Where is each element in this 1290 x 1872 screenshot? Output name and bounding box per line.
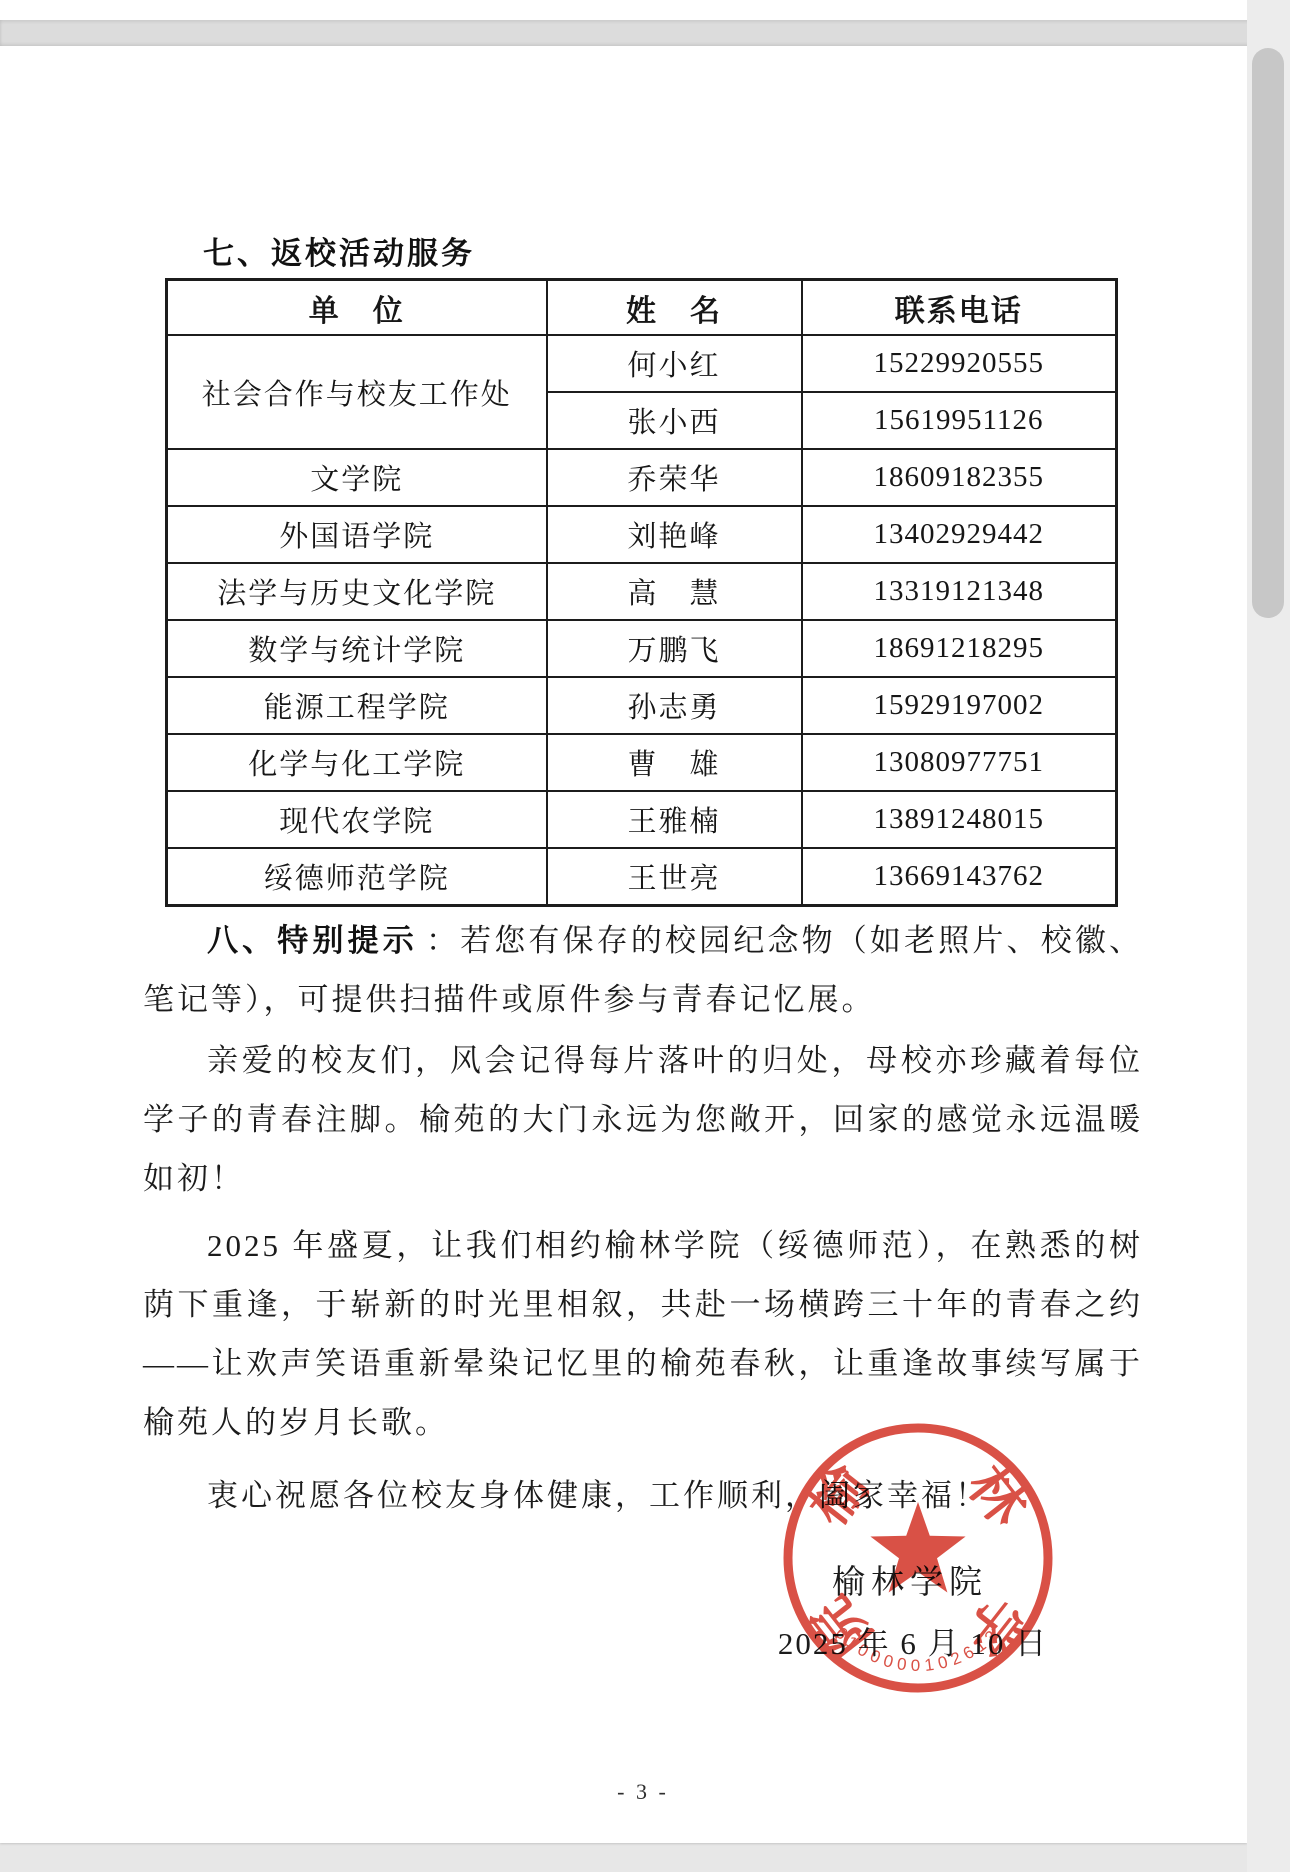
cell-phone: 18691218295 bbox=[802, 620, 1117, 677]
paragraph-dear-alumni: 亲爱的校友们，风会记得每片落叶的归处，母校亦珍藏着每位学子的青春注脚。榆苑的大门… bbox=[143, 1031, 1143, 1208]
table-row: 外国语学院 刘艳峰 13402929442 bbox=[167, 506, 1117, 563]
table-row: 化学与化工学院 曹 雄 13080977751 bbox=[167, 734, 1117, 791]
cell-name: 王雅楠 bbox=[547, 791, 802, 848]
table-row: 绥德师范学院 王世亮 13669143762 bbox=[167, 848, 1117, 906]
cell-name: 曹 雄 bbox=[547, 734, 802, 791]
cell-unit: 社会合作与校友工作处 bbox=[167, 335, 547, 449]
cell-unit: 法学与历史文化学院 bbox=[167, 563, 547, 620]
document-viewer: 七、返校活动服务 单 位 姓 名 联系电话 社会合作与校友工作处 何小红 152… bbox=[0, 0, 1290, 1872]
cell-phone: 13402929442 bbox=[802, 506, 1117, 563]
table-row: 现代农学院 王雅楠 13891248015 bbox=[167, 791, 1117, 848]
seal-arc-char: 榆 bbox=[797, 1455, 880, 1537]
table-row: 法学与历史文化学院 高 慧 13319121348 bbox=[167, 563, 1117, 620]
page-number: - 3 - bbox=[143, 1779, 1143, 1805]
cell-name: 张小西 bbox=[547, 392, 802, 449]
cell-unit: 文学院 bbox=[167, 449, 547, 506]
table-row: 数学与统计学院 万鹏飞 18691218295 bbox=[167, 620, 1117, 677]
cell-name: 万鹏飞 bbox=[547, 620, 802, 677]
cell-name: 孙志勇 bbox=[547, 677, 802, 734]
cell-name: 王世亮 bbox=[547, 848, 802, 906]
official-seal: 榆 林 学 院 6100000102613 bbox=[768, 1408, 1068, 1708]
seal-arc-char: 林 bbox=[955, 1455, 1039, 1538]
section-8-paragraph: 八、特别提示：若您有保存的校园纪念物（如老照片、校徽、笔记等），可提供扫描件或原… bbox=[143, 911, 1143, 1029]
scrollbar-track[interactable] bbox=[1247, 0, 1290, 1872]
cell-unit: 能源工程学院 bbox=[167, 677, 547, 734]
cell-unit: 现代农学院 bbox=[167, 791, 547, 848]
section-7-title: 七、返校活动服务 bbox=[203, 228, 475, 273]
table-row: 能源工程学院 孙志勇 15929197002 bbox=[167, 677, 1117, 734]
section-8-title: 八、特别提示 bbox=[207, 923, 418, 958]
col-header-unit: 单 位 bbox=[167, 280, 547, 336]
cell-phone: 15229920555 bbox=[802, 335, 1117, 392]
cell-phone: 13669143762 bbox=[802, 848, 1117, 906]
cell-phone: 18609182355 bbox=[802, 449, 1117, 506]
cell-phone: 15619951126 bbox=[802, 392, 1117, 449]
cell-name: 乔荣华 bbox=[547, 449, 802, 506]
cell-phone: 13319121348 bbox=[802, 563, 1117, 620]
cell-phone: 13080977751 bbox=[802, 734, 1117, 791]
col-header-name: 姓 名 bbox=[547, 280, 802, 336]
document-page: 七、返校活动服务 单 位 姓 名 联系电话 社会合作与校友工作处 何小红 152… bbox=[0, 46, 1247, 1843]
cell-unit: 绥德师范学院 bbox=[167, 848, 547, 906]
cell-phone: 15929197002 bbox=[802, 677, 1117, 734]
seal-star-icon bbox=[870, 1502, 965, 1593]
contact-table: 单 位 姓 名 联系电话 社会合作与校友工作处 何小红 15229920555 … bbox=[165, 278, 1118, 907]
cell-unit: 外国语学院 bbox=[167, 506, 547, 563]
scrollbar-thumb[interactable] bbox=[1252, 48, 1284, 618]
cell-unit: 化学与化工学院 bbox=[167, 734, 547, 791]
cell-name: 高 慧 bbox=[547, 563, 802, 620]
table-header-row: 单 位 姓 名 联系电话 bbox=[167, 280, 1117, 336]
cell-name: 刘艳峰 bbox=[547, 506, 802, 563]
page-separator bbox=[0, 20, 1290, 46]
table-row: 文学院 乔荣华 18609182355 bbox=[167, 449, 1117, 506]
table-row: 社会合作与校友工作处 何小红 15229920555 bbox=[167, 335, 1117, 392]
previous-page-edge bbox=[0, 0, 1247, 20]
col-header-phone: 联系电话 bbox=[802, 280, 1117, 336]
cell-unit: 数学与统计学院 bbox=[167, 620, 547, 677]
cell-phone: 13891248015 bbox=[802, 791, 1117, 848]
cell-name: 何小红 bbox=[547, 335, 802, 392]
